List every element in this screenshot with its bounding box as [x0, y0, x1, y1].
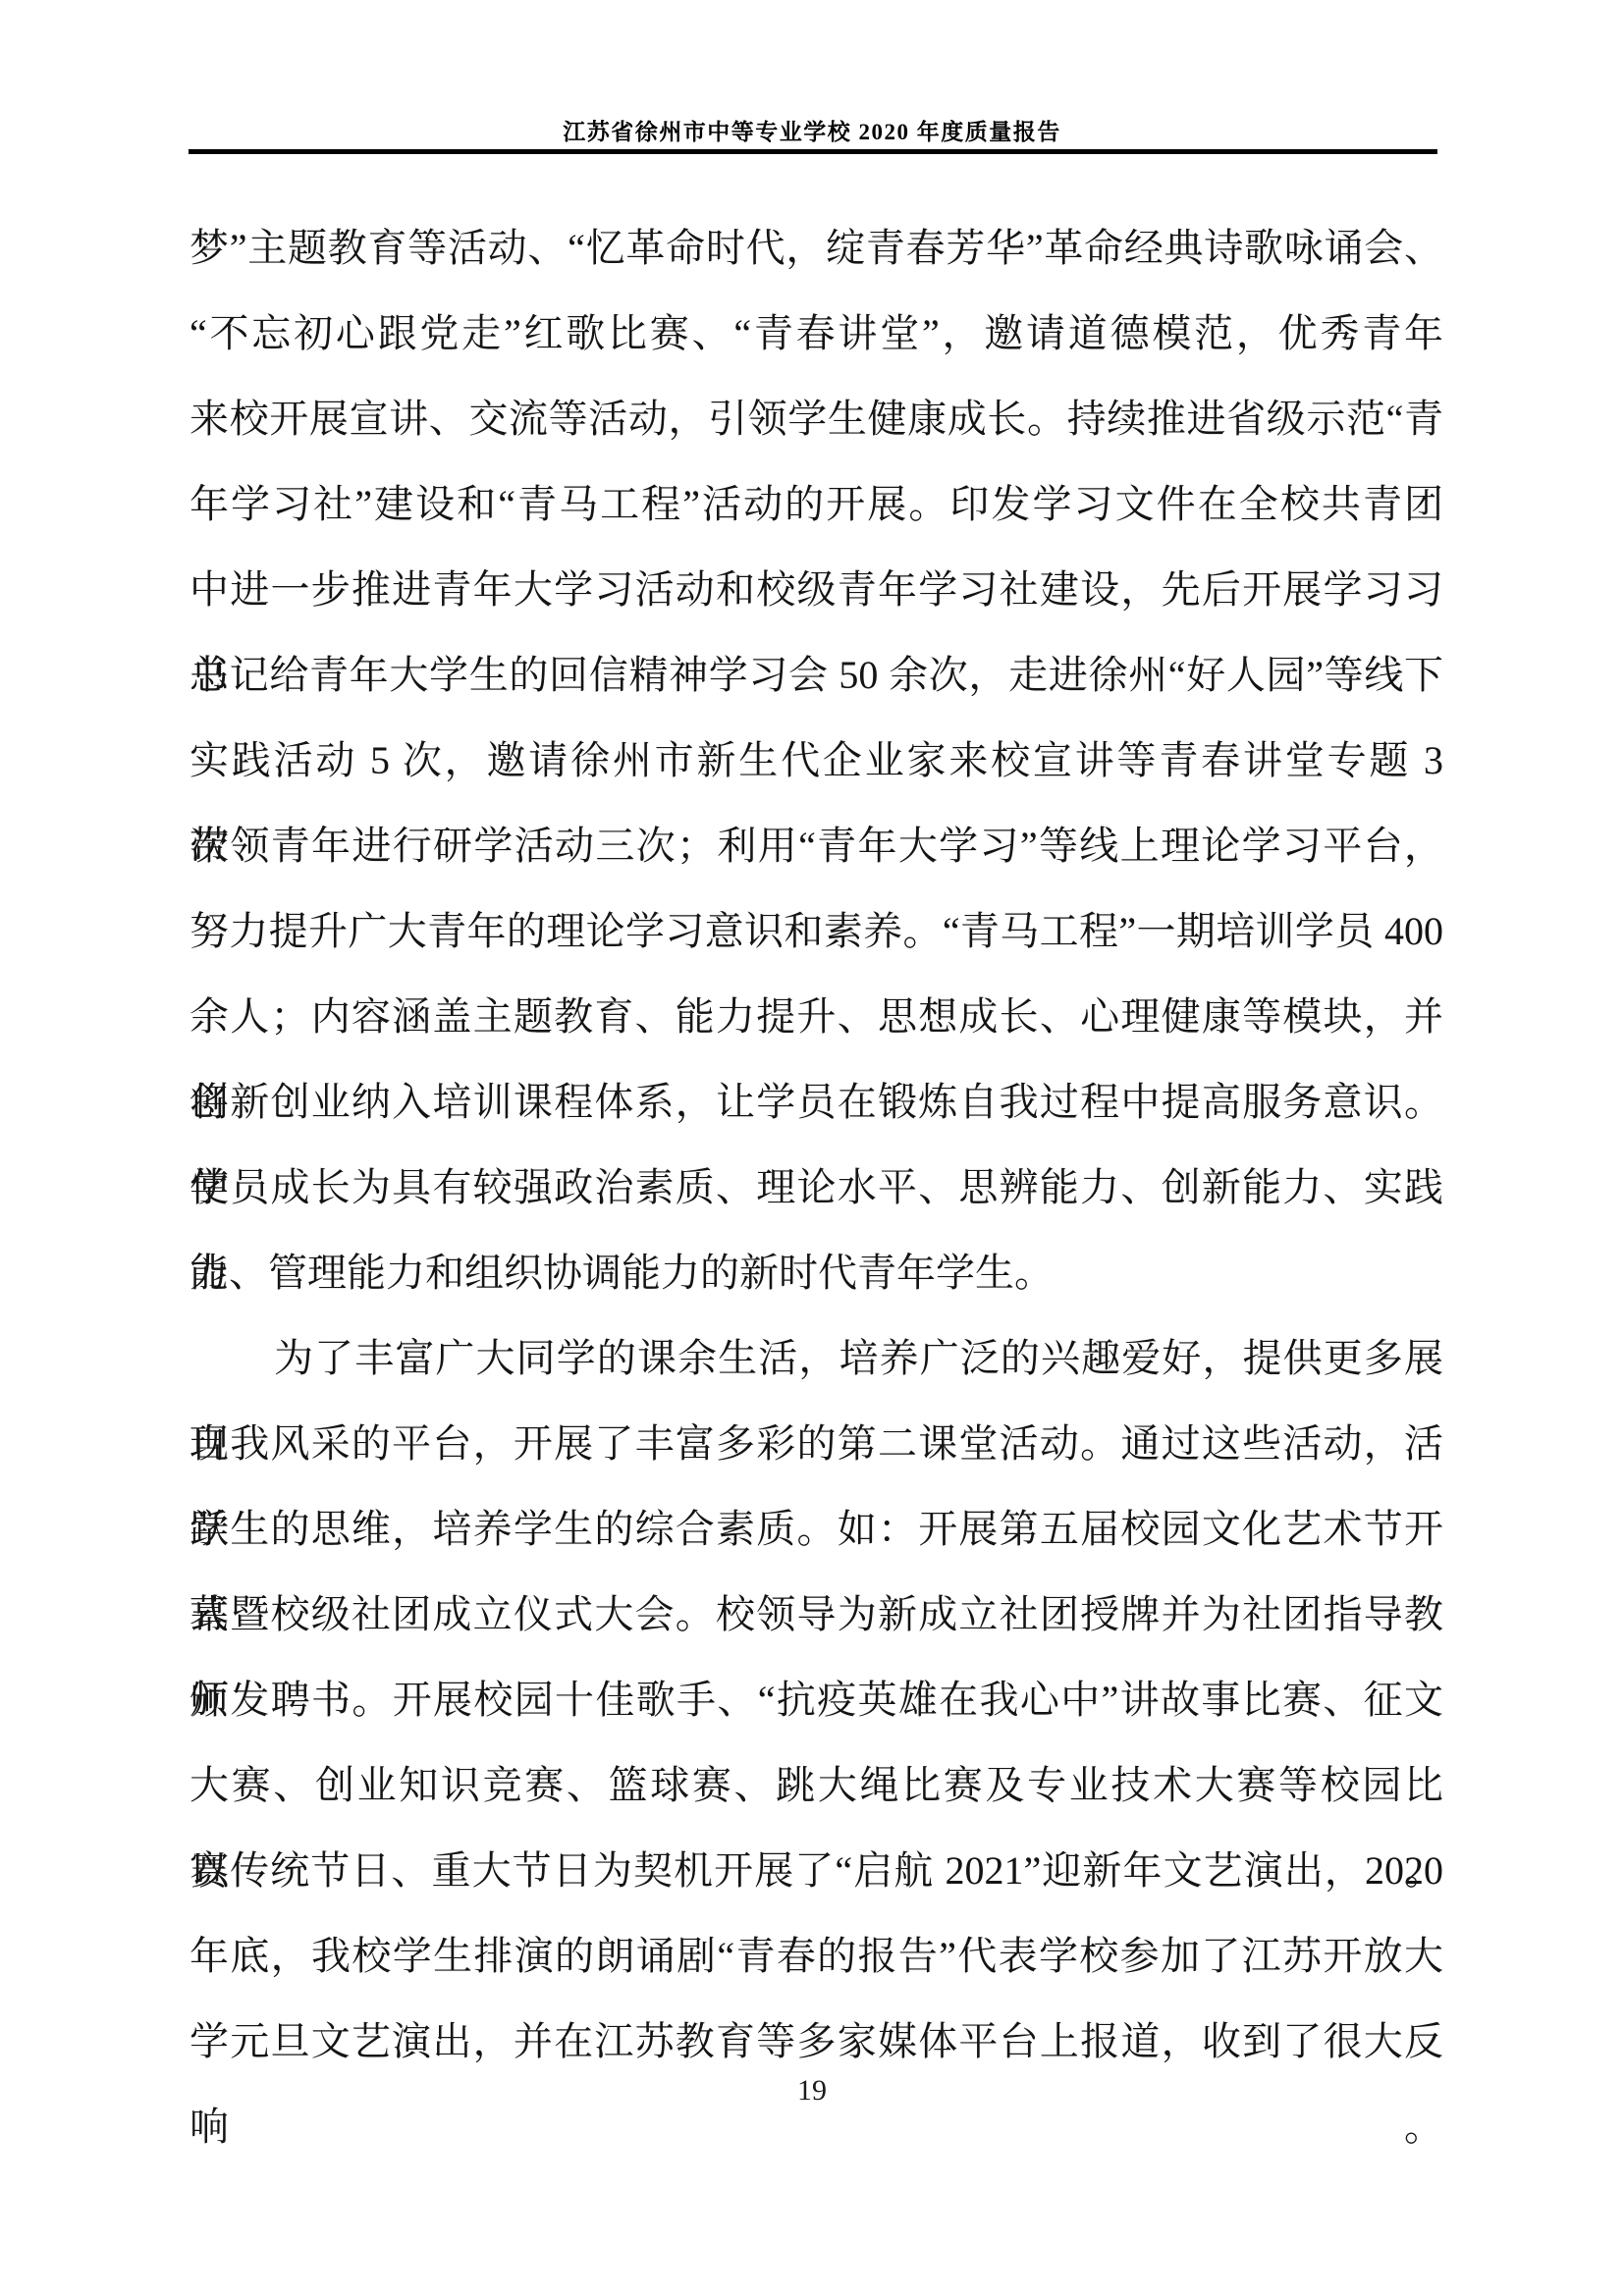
body-line: 努力提升广大青年的理论学习意识和素养。“青马工程”一期培训学员 400: [189, 888, 1443, 974]
body-line: 创新创业纳入培训课程体系，让学员在锻炼自我过程中提高服务意识。使: [189, 1059, 1443, 1145]
body-line: 学员成长为具有较强政治素质、理论水平、思辨能力、创新能力、实践能: [189, 1145, 1443, 1230]
header-rule: [189, 149, 1437, 154]
body-line: 式暨校级社团成立仪式大会。校领导为新成立社团授牌并为社团指导教师: [189, 1572, 1443, 1657]
body-line: 学元旦文艺演出，并在江苏教育等多家媒体平台上报道，收到了很大反响。: [189, 1999, 1443, 2084]
document-body: 梦”主题教育等活动、“忆革命时代，绽青春芳华”革命经典诗歌咏诵会、 “不忘初心跟…: [189, 205, 1443, 2084]
body-line: 自我风采的平台，开展了丰富多彩的第二课堂活动。通过这些活动，活跃: [189, 1401, 1443, 1486]
body-line: 颁发聘书。开展校园十佳歌手、“抗疫英雄在我心中”讲故事比赛、征文: [189, 1657, 1443, 1742]
body-line-paragraph-end: 力、管理能力和组织协调能力的新时代青年学生。: [189, 1230, 1443, 1315]
body-line-paragraph-start: 为了丰富广大同学的课余生活，培养广泛的兴趣爱好，提供更多展现: [189, 1315, 1443, 1401]
body-line: 实践活动 5 次，邀请徐州市新生代企业家来校宣讲等青春讲堂专题 3 次，: [189, 718, 1443, 803]
body-line: “不忘初心跟党走”红歌比赛、“青春讲堂”，邀请道德模范，优秀青年: [189, 291, 1443, 376]
body-line: 年底，我校学生排演的朗诵剧“青春的报告”代表学校参加了江苏开放大: [189, 1913, 1443, 1999]
body-line: 学生的思维，培养学生的综合素质。如：开展第五届校园文化艺术节开幕: [189, 1486, 1443, 1572]
body-line: 余人；内容涵盖主题教育、能力提升、思想成长、心理健康等模块，并将: [189, 974, 1443, 1059]
body-line: 大赛、创业知识竞赛、篮球赛、跳大绳比赛及专业技术大赛等校园比赛。: [189, 1742, 1443, 1828]
body-line: 梦”主题教育等活动、“忆革命时代，绽青春芳华”革命经典诗歌咏诵会、: [189, 205, 1443, 291]
body-line: 年学习社”建设和“青马工程”活动的开展。印发学习文件在全校共青团: [189, 461, 1443, 547]
body-line: 中进一步推进青年大学习活动和校级青年学习社建设，先后开展学习习总: [189, 547, 1443, 632]
page-number: 19: [0, 2073, 1624, 2109]
header-title: 江苏省徐州市中等专业学校 2020 年度质量报告: [0, 118, 1624, 147]
body-line: 带领青年进行研学活动三次；利用“青年大学习”等线上理论学习平台，: [189, 803, 1443, 888]
body-line: 以传统节日、重大节日为契机开展了“启航 2021”迎新年文艺演出，2020: [189, 1828, 1443, 1913]
body-line: 书记给青年大学生的回信精神学习会 50 余次，走进徐州“好人园”等线下: [189, 632, 1443, 718]
body-line: 来校开展宣讲、交流等活动，引领学生健康成长。持续推进省级示范“青: [189, 376, 1443, 461]
document-page: 江苏省徐州市中等专业学校 2020 年度质量报告 梦”主题教育等活动、“忆革命时…: [0, 0, 1624, 2296]
